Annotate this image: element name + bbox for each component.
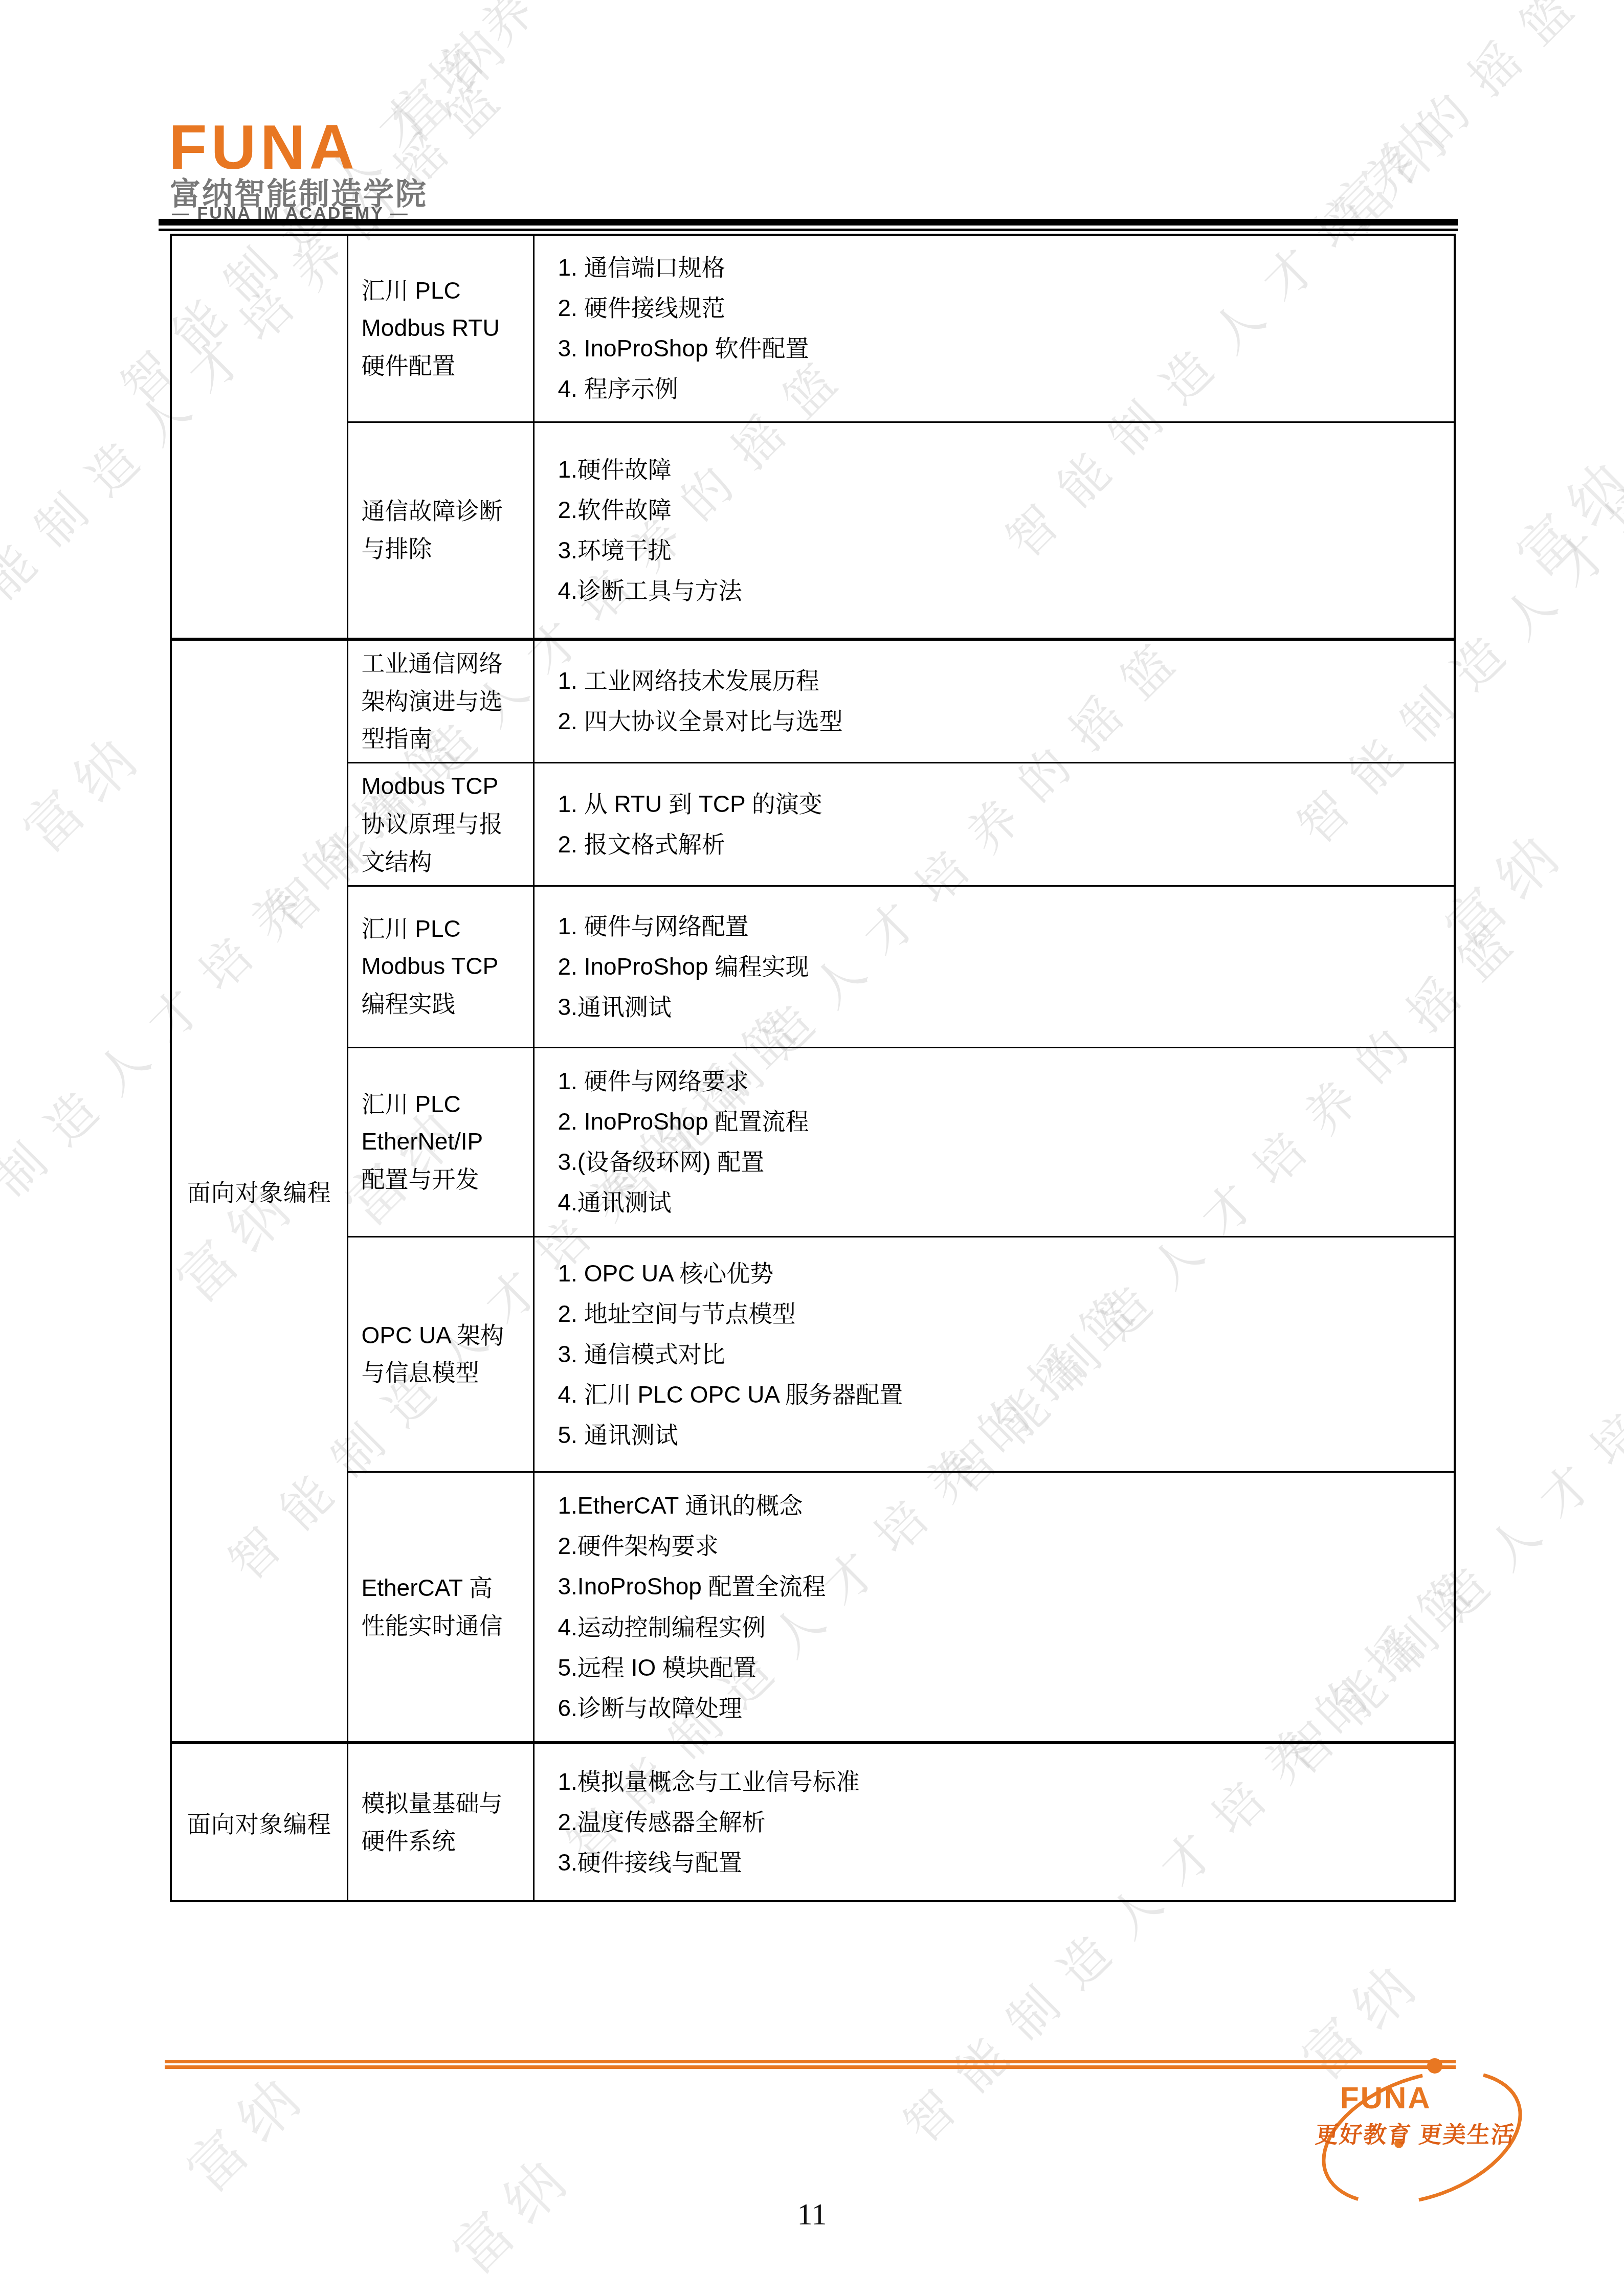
items-cell: 1. OPC UA 核心优势 2. 地址空间与节点模型 3. 通信模式对比 4.…: [533, 1236, 1455, 1472]
table-row: 通信故障诊断 与排除 1.硬件故障 2.软件故障 3.环境干扰 4.诊断工具与方…: [171, 422, 1455, 639]
document-page: 智能制造人才培养的摇篮 智能制造人才培养的摇篮 智能制造人才培养的摇篮 智能制造…: [0, 0, 1624, 2296]
category-cell: [171, 235, 347, 639]
items-cell: 1.硬件故障 2.软件故障 3.环境干扰 4.诊断工具与方法: [533, 422, 1455, 639]
items-cell: 1. 通信端口规格 2. 硬件接线规范 3. InoProShop 软件配置 4…: [533, 235, 1455, 422]
items-cell: 1.模拟量概念与工业信号标准 2.温度传感器全解析 3.硬件接线与配置: [533, 1743, 1455, 1901]
topic-cell: Modbus TCP 协议原理与报 文结构: [347, 762, 533, 886]
table-row: 汇川 PLC Modbus TCP 编程实践 1. 硬件与网络配置 2. Ino…: [171, 886, 1455, 1047]
topic-cell: 汇川 PLC Modbus TCP 编程实践: [347, 886, 533, 1047]
table-row: 汇川 PLC Modbus RTU 硬件配置 1. 通信端口规格 2. 硬件接线…: [171, 235, 1455, 422]
topic-cell: 通信故障诊断 与排除: [347, 422, 533, 639]
topic-cell: 汇川 PLC EtherNet/IP 配置与开发: [347, 1047, 533, 1236]
items-cell: 1. 硬件与网络要求 2. InoProShop 配置流程 3.(设备级环网) …: [533, 1047, 1455, 1236]
footer-logo: FUNA 更好教育 更美生活: [1304, 2056, 1545, 2214]
table-row: 汇川 PLC EtherNet/IP 配置与开发 1. 硬件与网络要求 2. I…: [171, 1047, 1455, 1236]
orbit-dot-large: [1427, 2058, 1442, 2074]
topic-cell: 汇川 PLC Modbus RTU 硬件配置: [347, 235, 533, 422]
table-row: 面向对象编程 工业通信网络 架构演进与选 型指南 1. 工业网络技术发展历程 2…: [171, 639, 1455, 762]
topic-cell: OPC UA 架构 与信息模型: [347, 1236, 533, 1472]
topic-cell: 工业通信网络 架构演进与选 型指南: [347, 639, 533, 762]
watermark-brand: 富纳: [2, 709, 161, 868]
watermark-brand: 富纳: [165, 2049, 325, 2208]
footer-rule: [165, 2060, 1456, 2069]
table-row: EtherCAT 高 性能实时通信 1.EtherCAT 通讯的概念 2.硬件架…: [171, 1472, 1455, 1743]
header-rule-thin: [159, 229, 1458, 231]
topic-cell: 模拟量基础与 硬件系统: [347, 1743, 533, 1901]
table-row: 面向对象编程 模拟量基础与 硬件系统 1.模拟量概念与工业信号标准 2.温度传感…: [171, 1743, 1455, 1901]
category-cell: 面向对象编程: [171, 639, 347, 1743]
course-table: 汇川 PLC Modbus RTU 硬件配置 1. 通信端口规格 2. 硬件接线…: [170, 234, 1456, 1902]
table-row: OPC UA 架构 与信息模型 1. OPC UA 核心优势 2. 地址空间与节…: [171, 1236, 1455, 1472]
items-cell: 1. 硬件与网络配置 2. InoProShop 编程实现 3.通讯测试: [533, 886, 1455, 1047]
footer-funa-logo: FUNA: [1340, 2080, 1432, 2115]
items-cell: 1.EtherCAT 通讯的概念 2.硬件架构要求 3.InoProShop 配…: [533, 1472, 1455, 1743]
table-row: Modbus TCP 协议原理与报 文结构 1. 从 RTU 到 TCP 的演变…: [171, 762, 1455, 886]
header-rule-thick: [159, 219, 1458, 226]
items-cell: 1. 从 RTU 到 TCP 的演变 2. 报文格式解析: [533, 762, 1455, 886]
footer-tagline: 更好教育 更美生活: [1314, 2116, 1517, 2149]
topic-cell: EtherCAT 高 性能实时通信: [347, 1472, 533, 1743]
category-cell: 面向对象编程: [171, 1743, 347, 1901]
items-cell: 1. 工业网络技术发展历程 2. 四大协议全景对比与选型: [533, 639, 1455, 762]
